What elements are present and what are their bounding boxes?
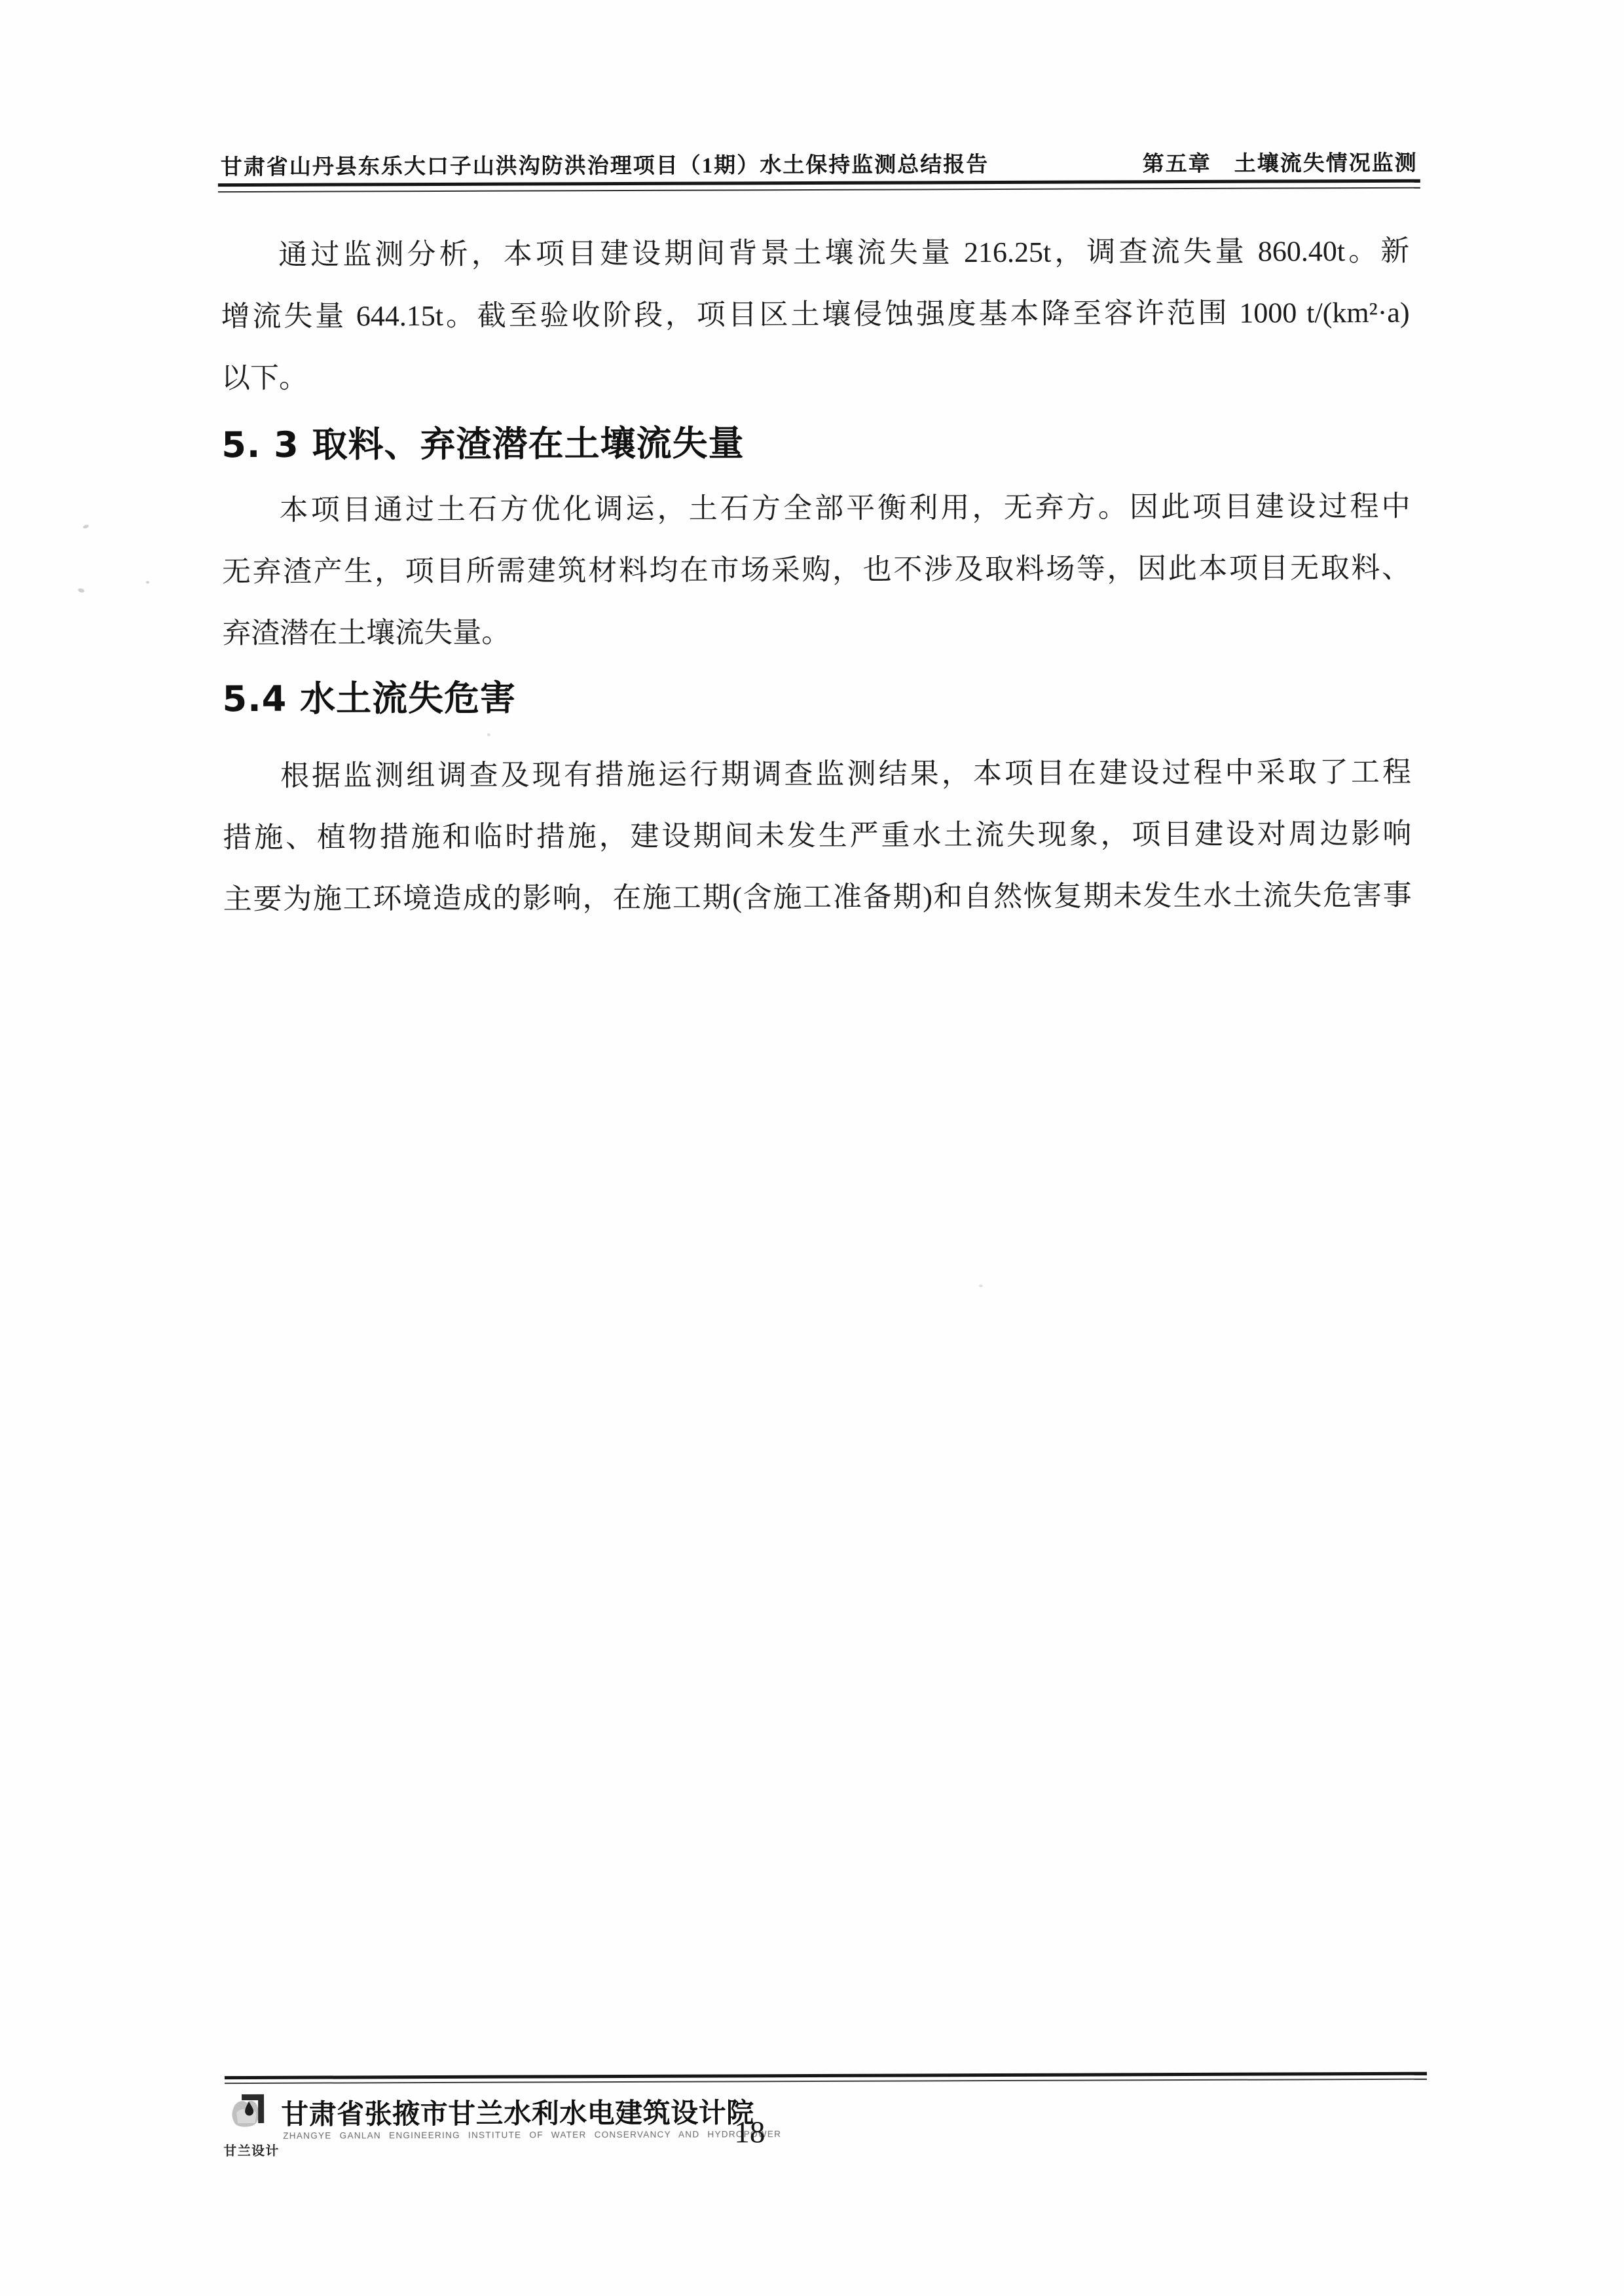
text-line: 根据监测组调查及现有措施运行期调查监测结果，本项目在建设过程中采取了工程 <box>223 742 1411 807</box>
text-line: 无弃渣产生，项目所需建筑材料均在市场采购，也不涉及取料场等，因此本项目无取料、 <box>222 538 1411 603</box>
section-heading-5-4: 5.4 水土流失危害 <box>223 675 1411 720</box>
text-line: 本项目通过土石方优化调运，土石方全部平衡利用，无弃方。因此项目建设过程中 <box>221 476 1410 541</box>
scan-specks <box>0 0 1620 3</box>
page-number: 18 <box>734 2115 765 2150</box>
document-body: 通过监测分析，本项目建设期间背景土壤流失量 216.25t，调查流失量 860.… <box>221 221 1412 930</box>
ganlan-design-logo-icon <box>230 2093 267 2139</box>
text-line: 弃渣潜在土壤流失量。 <box>222 599 1411 665</box>
scan-speck <box>487 733 490 737</box>
scanned-sheet: 甘肃省山丹县东乐大口子山洪沟防洪治理项目（1期）水土保持监测总结报告 第五章 土… <box>0 0 1624 2296</box>
text-line: 主要为施工环境造成的影响，在施工期(含施工准备期)和自然恢复期未发生水土流失危害… <box>223 865 1412 930</box>
footer-rule-thick <box>225 2072 1427 2079</box>
page-header: 甘肃省山丹县东乐大口子山洪沟防洪治理项目（1期）水土保持监测总结报告 第五章 土… <box>221 146 1418 181</box>
paragraph-soil-loss-summary: 通过监测分析，本项目建设期间背景土壤流失量 216.25t，调查流失量 860.… <box>221 221 1410 409</box>
section-heading-5-3: 5. 3 取料、弃渣潜在土壤流失量 <box>221 421 1410 465</box>
header-report-title: 甘肃省山丹县东乐大口子山洪沟防洪治理项目（1期）水土保持监测总结报告 <box>221 147 989 181</box>
footer-organization-name-en: ZHANGYE GANLAN ENGINEERING INSTITUTE OF … <box>283 2129 735 2140</box>
scan-speck <box>83 524 89 529</box>
document-page: 甘肃省山丹县东乐大口子山洪沟防洪治理项目（1期）水土保持监测总结报告 第五章 土… <box>0 0 1624 2296</box>
scan-speck <box>146 581 149 584</box>
text-line: 措施、植物措施和临时措施，建设期间未发生严重水土流失现象，项目建设对周边影响 <box>223 803 1411 869</box>
scan-speck <box>77 588 84 593</box>
footer-rule-thin <box>225 2079 1427 2084</box>
scan-speck <box>979 1285 983 1287</box>
header-chapter-title: 第五章 土壤流失情况监测 <box>1143 146 1418 177</box>
header-rule-thick <box>218 179 1420 187</box>
paragraph-erosion-hazard: 根据监测组调查及现有措施运行期调查监测结果，本项目在建设过程中采取了工程 措施、… <box>223 742 1412 930</box>
text-line: 通过监测分析，本项目建设期间背景土壤流失量 216.25t，调查流失量 860.… <box>221 221 1409 286</box>
header-rule-thin <box>218 187 1420 192</box>
logo-caption: 甘兰设计 <box>223 2140 278 2159</box>
text-line: 以下。 <box>221 344 1410 409</box>
text-line: 增流失量 644.15t。截至验收阶段，项目区土壤侵蚀强度基本降至容许范围 10… <box>221 282 1409 348</box>
paragraph-borrow-spoil: 本项目通过土石方优化调运，土石方全部平衡利用，无弃方。因此项目建设过程中 无弃渣… <box>221 476 1411 665</box>
footer-organization-name: 甘肃省张掖市甘兰水利水电建筑设计院 <box>281 2091 754 2132</box>
